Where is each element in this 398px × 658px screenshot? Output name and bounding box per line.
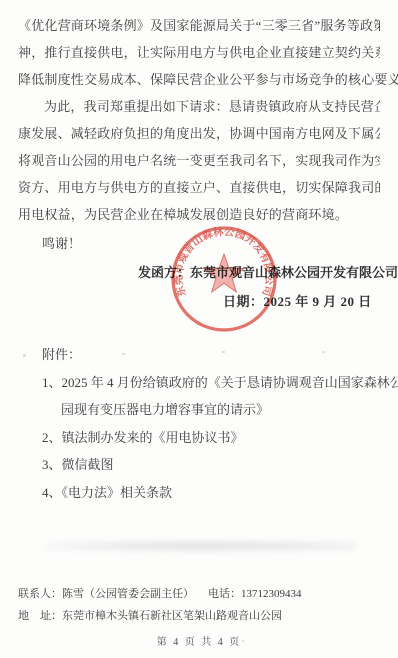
thanks-line: 鸣谢！: [42, 230, 81, 257]
attachment-item: 2、镇法制办发来的《用电协议书》: [42, 424, 387, 452]
address-value: 址：东莞市樟木头镇石新社区笔架山路观音山公园: [40, 610, 282, 622]
attachments-heading: 附件：: [42, 341, 387, 369]
text-line: 《优化营商环境条例》及国家能源局关于“三零三省”服务等政策精: [18, 12, 380, 39]
address-label: 地: [18, 610, 29, 622]
text-line: 神，推行直接供电，让实际用电方与供电企业直接建立契约关系，是: [18, 39, 380, 66]
sender-line: 发函方：东莞市观音山森林公园开发有限公司: [138, 259, 398, 286]
contact-phone: 电话：13712309434: [208, 588, 302, 600]
attachment-item: 3、微信截图: [42, 451, 387, 479]
text-line: 康发展、减轻政府负担的角度出发，协调中国南方电网及下属公司，: [18, 120, 380, 147]
contact-person: 联系人：陈雪（公园管委会副主任）: [18, 588, 194, 600]
scan-speck: [80, 466, 83, 468]
scan-speck: [122, 353, 125, 355]
attachment-item: 1、2025 年 4 月份给镇政府的《关于恳请协调观音山国家森林公: [42, 369, 387, 397]
text-line: 资方、用电方与供电方的直接立户、直接供电，切实保障我司的合法: [18, 174, 380, 201]
scan-smudge: [45, 538, 355, 554]
attachment-item: 4、《电力法》相关条款: [42, 479, 387, 507]
contact-address-line: 地址：东莞市樟木头镇石新社区笔架山路观音山公园: [18, 606, 282, 626]
scan-speck: [23, 354, 26, 357]
attachment-item-continued: 园现有变压器电力增容事宜的请示》: [42, 396, 387, 424]
date-line: 日期：2025 年 9 月 20 日: [223, 288, 372, 315]
scan-speck: [222, 351, 225, 353]
scan-speck: [322, 351, 325, 353]
text-line: 为此，我司郑重提出如下请求：恳请贵镇政府从支持民营企业健: [18, 93, 380, 120]
text-line: 将观音山公园的用电户名统一变更至我司名下，实现我司作为实际投: [18, 147, 380, 174]
body-paragraph-2: 为此，我司郑重提出如下请求：恳请贵镇政府从支持民营企业健 康发展、减轻政府负担的…: [18, 93, 380, 228]
text-line: 降低制度性交易成本、保障民营企业公平参与市场竞争的核心要义。: [18, 66, 380, 93]
body-paragraph-1: 《优化营商环境条例》及国家能源局关于“三零三省”服务等政策精 神，推行直接供电，…: [18, 12, 380, 93]
contact-person-line: 联系人：陈雪（公园管委会副主任）电话：13712309434: [18, 584, 302, 604]
page-number: 第 4 页 共 4 页: [0, 633, 398, 648]
attachments-section: 附件： 1、2025 年 4 月份给镇政府的《关于恳请协调观音山国家森林公 园现…: [42, 341, 387, 506]
letter-page: 《优化营商环境条例》及国家能源局关于“三零三省”服务等政策精 神，推行直接供电，…: [0, 0, 398, 658]
text-line: 用电权益，为民营企业在樟城发展创造良好的营商环境。: [18, 201, 380, 228]
